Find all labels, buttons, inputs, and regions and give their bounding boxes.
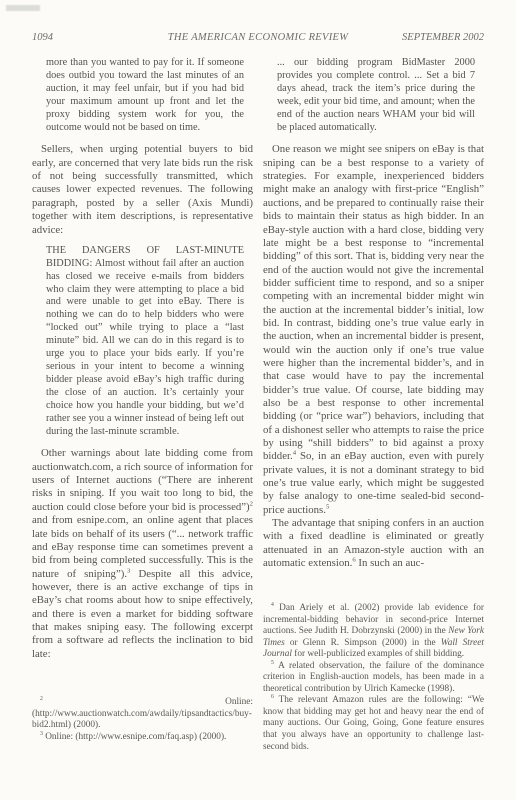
footnote-2: 2 Online: (http://www.auctionwatch.com/a… <box>32 697 253 732</box>
footnote-3: 3 Online: (http://www.esnipe.com/faq.asp… <box>32 732 253 744</box>
quote-continuation: more than you wanted to pay for it. If s… <box>46 57 244 134</box>
footnote-5: 5 A related observation, the failure of … <box>263 661 484 696</box>
footnote-6: 6 The relevant Amazon rules are the foll… <box>263 695 484 753</box>
paragraph-one-reason: One reason we might see snipers on eBay … <box>263 143 484 517</box>
running-head: THE AMERICAN ECONOMIC REVIEW 1094 SEPTEM… <box>32 32 484 43</box>
right-column: ... our bidding program BidMaster 2000 p… <box>263 57 484 570</box>
paragraph-advantage: The advantage that sniping confers in an… <box>263 517 484 570</box>
journal-page: THE AMERICAN ECONOMIC REVIEW 1094 SEPTEM… <box>0 0 516 800</box>
right-footnotes: 4 Dan Ariely et al. (2002) provide lab e… <box>263 603 484 753</box>
footnote-4: 4 Dan Ariely et al. (2002) provide lab e… <box>263 603 484 661</box>
left-footnotes: 2 Online: (http://www.auctionwatch.com/a… <box>32 697 253 743</box>
journal-title: THE AMERICAN ECONOMIC REVIEW <box>32 32 484 43</box>
quote-bidmaster-ad: ... our bidding program BidMaster 2000 p… <box>277 57 475 134</box>
left-column: more than you wanted to pay for it. If s… <box>32 57 253 661</box>
quote-dangers-of-last-minute-bidding: THE DANGERS OF LAST-MINUTE BIDDING: Almo… <box>46 245 244 439</box>
scan-artifact <box>6 5 40 11</box>
paragraph-other-warnings: Other warnings about late bidding come f… <box>32 447 253 661</box>
paragraph-sellers: Sellers, when urging potential buyers to… <box>32 143 253 236</box>
